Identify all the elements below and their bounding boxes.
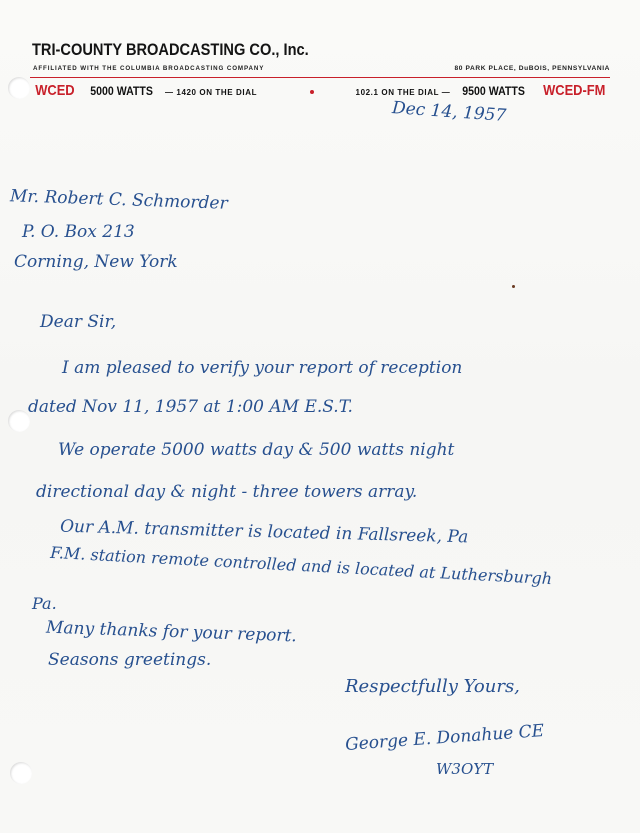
closing: Respectfully Yours, xyxy=(345,676,520,697)
am-station-info: WCED 5000 WATTS — 1420 ON THE DIAL xyxy=(32,82,257,99)
body-line: We operate 5000 watts day & 500 watts ni… xyxy=(58,440,454,460)
letterhead-rule xyxy=(30,77,610,78)
body-line: Our A.M. transmitter is located in Falls… xyxy=(60,517,469,548)
fm-dial: 102.1 ON THE DIAL — xyxy=(356,88,451,97)
body-line: F.M. station remote controlled and is lo… xyxy=(50,543,553,588)
salutation: Dear Sir, xyxy=(40,312,116,332)
address: 80 PARK PLACE, DuBOIS, PENNSYLVANIA xyxy=(455,65,610,72)
body-line: directional day & night - three towers a… xyxy=(36,482,417,502)
am-power: 5000 WATTS xyxy=(90,84,153,98)
fm-call-sign: WCED-FM xyxy=(543,82,605,99)
body-line: I am pleased to verify your report of re… xyxy=(62,358,462,378)
punch-hole xyxy=(10,762,32,784)
letter-page: TRI-COUNTY BROADCASTING CO., Inc. AFFILI… xyxy=(0,0,640,833)
amateur-callsign: W3OYT xyxy=(436,760,493,778)
am-dial: — 1420 ON THE DIAL xyxy=(165,88,257,97)
fm-power: 9500 WATTS xyxy=(463,84,526,98)
letter-date: Dec 14, 1957 xyxy=(391,98,506,126)
punch-hole xyxy=(8,410,30,432)
paper-speck xyxy=(512,285,515,288)
signature: George E. Donahue CE xyxy=(345,721,545,755)
body-line: dated Nov 11, 1957 at 1:00 AM E.S.T. xyxy=(28,397,353,417)
company-name: TRI-COUNTY BROADCASTING CO., Inc. xyxy=(32,40,309,60)
recipient-address: P. O. Box 213 xyxy=(22,222,135,242)
affiliation: AFFILIATED WITH THE COLUMBIA BROADCASTIN… xyxy=(33,65,264,72)
body-line: Seasons greetings. xyxy=(48,650,211,670)
fm-station-info: 102.1 ON THE DIAL — 9500 WATTS WCED-FM xyxy=(356,82,610,99)
recipient-city: Corning, New York xyxy=(14,252,178,272)
body-line: Pa. xyxy=(32,594,57,613)
separator-dot xyxy=(310,90,314,94)
body-line: Many thanks for your report. xyxy=(46,618,297,647)
punch-hole xyxy=(8,77,30,99)
am-call-sign: WCED xyxy=(35,82,74,99)
recipient-name: Mr. Robert C. Schmorder xyxy=(10,186,228,214)
